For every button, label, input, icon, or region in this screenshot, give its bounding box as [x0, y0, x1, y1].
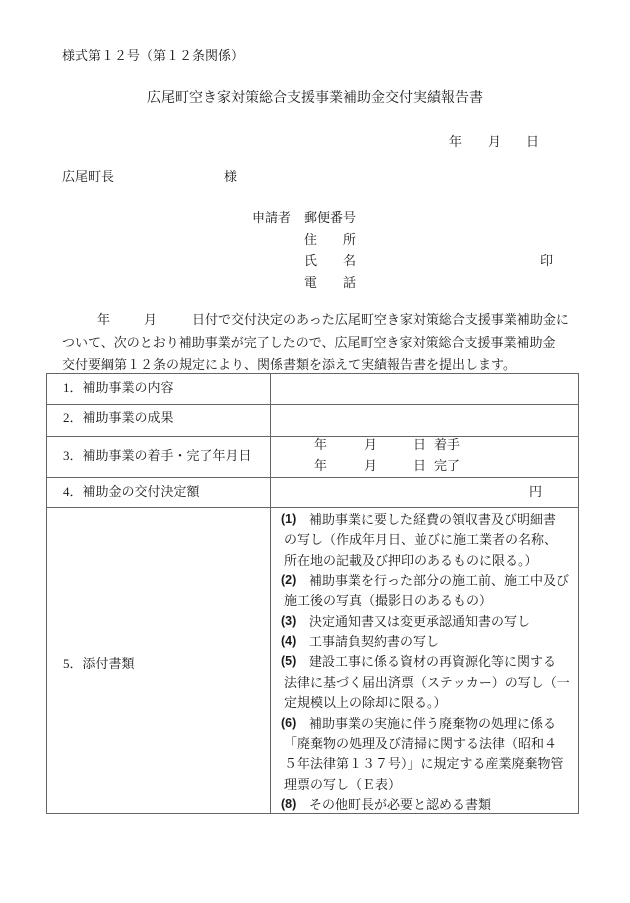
- applicant-row: 申請者郵便番号: [252, 211, 356, 224]
- start-day-label: 日: [413, 438, 434, 451]
- end-year-label: 年: [314, 459, 364, 472]
- attachment-item-number: (8): [281, 798, 296, 811]
- attachment-item-line: 所在地の記載及び押印のあるものに限る。）: [284, 554, 538, 567]
- attachment-item-number: (3): [281, 615, 296, 628]
- paragraph-segment: 交付要綱第１２条の規定により、関係書類を添えて実績報告書を提出します。: [62, 358, 516, 371]
- start-month-label: 月: [364, 438, 413, 451]
- attachment-item-line: 工事請負契約書の写し: [309, 635, 439, 648]
- date-month-label: 月: [488, 135, 526, 148]
- paragraph-segment: 年: [97, 313, 110, 326]
- attachment-item-line: 補助事業の実施に伴う廃棄物の処理に係る: [309, 717, 556, 730]
- date-year-label: 年: [449, 135, 488, 148]
- attachment-item-line: 定規模以上の除却に限る。）: [284, 696, 447, 709]
- date-day-label: 日: [526, 135, 539, 148]
- form-number: 様式第１２号（第１２条関係）: [62, 49, 244, 62]
- row-label-start-end-dates: 3．補助事業の着手・完了年月日: [63, 449, 252, 462]
- applicant-field-label: 氏名: [304, 254, 356, 267]
- table-row-divider: [47, 404, 578, 405]
- attachment-item-line: 理票の写し（Ｅ表）: [284, 778, 401, 791]
- applicant-field-char: 番: [330, 211, 343, 224]
- row-label-project-content: 1．補助事業の内容: [63, 381, 174, 394]
- applicant-field-char: 号: [343, 211, 356, 224]
- document-title: 広尾町空き家対策総合支援事業補助金交付実績報告書: [0, 92, 630, 106]
- attachment-item-number: (2): [281, 574, 296, 587]
- currency-unit-label: 円: [529, 485, 542, 498]
- applicant-field-label: 電話: [304, 276, 356, 289]
- attachment-item-line: その他町長が必要と認める書類: [309, 798, 491, 811]
- end-suffix-label: 完了: [434, 459, 460, 472]
- end-day-label: 日: [413, 459, 434, 472]
- applicant-field-char: 所: [343, 233, 356, 246]
- applicant-field-char: 話: [343, 276, 356, 289]
- form-table: 1．補助事業の内容 2．補助事業の成果 3．補助事業の着手・完了年月日 4．補助…: [46, 373, 579, 814]
- end-month-label: 月: [364, 459, 413, 472]
- attachment-item-line: 補助事業を行った部分の施工前、施工中及び: [309, 574, 569, 587]
- start-suffix-label: 着手: [434, 438, 460, 451]
- row-label-project-results: 2．補助事業の成果: [63, 411, 174, 424]
- document-page: 様式第１２号（第１２条関係） 広尾町空き家対策総合支援事業補助金交付実績報告書 …: [0, 0, 630, 903]
- attachment-item-number: (5): [281, 655, 296, 668]
- paragraph-line: 交付要綱第１２条の規定により、関係書類を添えて実績報告書を提出します。: [0, 358, 630, 373]
- table-row-divider: [47, 507, 578, 508]
- applicant-field-char: 電: [304, 276, 317, 289]
- report-date-line: 年 月 日: [449, 135, 539, 148]
- applicant-field-char: 名: [343, 254, 356, 267]
- attachment-item-number: (4): [281, 635, 296, 648]
- table-column-divider: [270, 374, 271, 813]
- paragraph-segment: ついて、次のとおり補助事業が完了したので、広尾町空き家対策総合支援事業補助金: [62, 336, 555, 349]
- applicant-field-char: 便: [317, 211, 330, 224]
- row-label-grant-amount: 4．補助金の交付決定額: [63, 485, 200, 498]
- attachment-item-line: 補助事業に要した経費の領収書及び明細書: [309, 513, 556, 526]
- attachment-item-line: 「廃棄物の処理及び清掃に関する法律（昭和４: [284, 737, 557, 750]
- applicant-field-char: 氏: [304, 254, 317, 267]
- start-year-label: 年: [314, 438, 364, 451]
- table-row-divider: [47, 477, 578, 478]
- applicant-field-char: 住: [304, 233, 317, 246]
- attachment-item-line: 施工後の写真（撮影日のあるもの）: [284, 594, 492, 607]
- table-row-divider: [47, 436, 578, 437]
- applicant-field-char: 郵: [304, 211, 317, 224]
- attachment-item-number: (1): [281, 513, 296, 526]
- applicant-prefix: [252, 276, 304, 289]
- attachment-item-line: 法律に基づく届出済票（ステッカー）の写し（一: [284, 676, 570, 689]
- applicant-field-label: 郵便番号: [304, 211, 356, 224]
- paragraph-line: 年月日付で交付決定のあった広尾町空き家対策総合支援事業補助金に: [0, 313, 630, 328]
- applicant-prefix: 申請者: [252, 211, 304, 224]
- applicant-row: 電話: [252, 276, 356, 289]
- applicant-prefix: [252, 254, 304, 267]
- attachment-item-line: 建設工事に係る資材の再資源化等に関する: [309, 655, 556, 668]
- addressee-name: 広尾町長: [62, 170, 114, 183]
- applicant-row: 氏名: [252, 254, 356, 267]
- paragraph-segment: 日付で交付決定のあった広尾町空き家対策総合支援事業補助金に: [192, 313, 569, 326]
- applicant-row: 住所: [252, 233, 356, 246]
- paragraph-line: ついて、次のとおり補助事業が完了したので、広尾町空き家対策総合支援事業補助金: [0, 336, 630, 351]
- paragraph-segment: 月: [144, 313, 157, 326]
- attachment-item-line: 決定通知書又は変更承認通知書の写し: [309, 615, 530, 628]
- end-date-line: 年 月 日 完了: [314, 459, 460, 472]
- addressee-honorific: 様: [224, 170, 237, 183]
- attachment-item-line: の写し（作成年月日、並びに施工業者の名称、: [284, 533, 557, 546]
- row-label-attachments: 5．添付書類: [63, 657, 135, 670]
- attachment-item-number: (6): [281, 717, 296, 730]
- seal-mark: 印: [540, 254, 553, 267]
- start-date-line: 年 月 日 着手: [314, 438, 460, 451]
- applicant-field-label: 住所: [304, 233, 356, 246]
- applicant-prefix: [252, 233, 304, 246]
- attachment-item-line: ５年法律第１３７号）」に規定する産業廃棄物管: [284, 757, 564, 770]
